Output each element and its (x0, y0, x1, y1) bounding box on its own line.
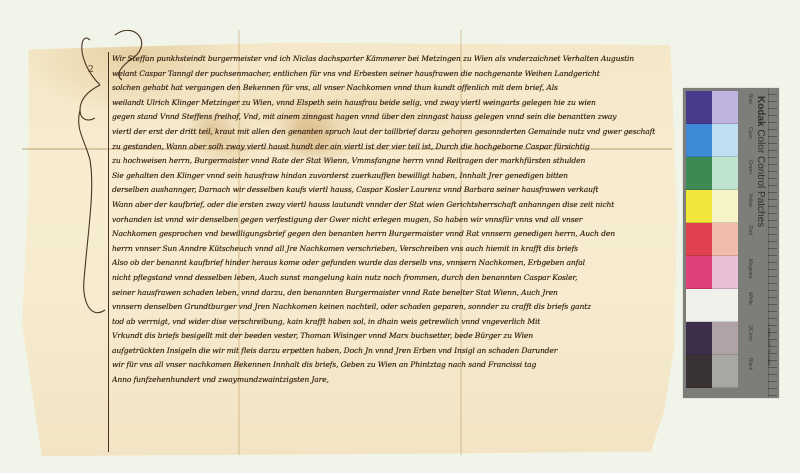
ruler-scale (768, 88, 777, 398)
patch-label: Yellow (743, 193, 753, 207)
text-line: solchen gehabt hat vergangen den Bekenne… (112, 81, 672, 96)
patch-row-green (686, 157, 738, 190)
patch-label: Green (743, 160, 753, 174)
patch-label: Red (743, 226, 753, 235)
text-line: tod ab verrnigt, vnd wider dise verschre… (112, 315, 672, 330)
patch-light (712, 190, 738, 223)
patch-row-red (686, 223, 738, 256)
text-line: viertl der erst der dritt teil, kraut mi… (112, 125, 672, 140)
patch-light (712, 355, 738, 388)
patch-row-magenta (686, 256, 738, 289)
patch-label: 3/Color (743, 325, 753, 341)
margin-mark: 2 (88, 65, 94, 75)
kodak-brand: Kodak (755, 96, 766, 127)
patch-light (712, 124, 738, 157)
text-line: herrn vnnser Sun Anndre Kütscheuch vnnd … (112, 242, 672, 257)
patch-row-yellow (686, 190, 738, 223)
kodak-title: Kodak Color Control Patches (755, 96, 766, 227)
patch-dark (686, 157, 712, 190)
patch-row-black (686, 355, 738, 388)
patch-label: Cyan (743, 127, 753, 139)
text-line: Wir Steffan punkhsteindt burgermeister v… (112, 52, 672, 67)
text-line: wir für vns all vnser nachkomen Bekennen… (112, 358, 672, 373)
text-line: Sie gehalten den Klinger vnnd sein hausf… (112, 169, 672, 184)
kodak-title-rest: Color Control Patches (755, 129, 766, 227)
text-line: vnnsern denselben Grundtburger vnd Jren … (112, 300, 672, 315)
patch-light (712, 157, 738, 190)
text-line: welant Caspar Tanngl der puchsenmacher, … (112, 67, 672, 82)
patch-row-3color (686, 322, 738, 355)
text-line: aufgetrückten Insigeln die wir mit fleis… (112, 344, 672, 359)
text-line: derselben aushannger, Darnach wir dessel… (112, 183, 672, 198)
patch-light (712, 223, 738, 256)
color-patches (686, 91, 738, 388)
patch-label: Magenta (743, 259, 753, 278)
patch-row-white (686, 289, 738, 322)
text-line: Anno funfzehenhundert vnd zwaymundzwaint… (112, 373, 672, 388)
patch-light (712, 91, 738, 124)
text-line: Wann aber der kaufbrief, oder die ersten… (112, 198, 672, 213)
patch-white (686, 289, 738, 322)
text-line: zu gestanden, Wann aber solh zway viertl… (112, 140, 672, 155)
patch-light (712, 322, 738, 355)
text-line: nicht pflegstand vnnd desselben leben, A… (112, 271, 672, 286)
patch-dark (686, 190, 712, 223)
text-line: seiner hausfrawen schaden leben, vnnd da… (112, 286, 672, 301)
text-line: Also ob der benannt kaufbrief hinder her… (112, 256, 672, 271)
text-line: vorhanden ist vnnd wir denselben gegen v… (112, 213, 672, 228)
patch-label: Black (743, 358, 753, 370)
kodak-color-target: Kodak Color Control Patches BlueCyanGree… (683, 88, 779, 398)
patch-dark (686, 355, 712, 388)
text-line: Nachkomen gesprochen vnd bewilligungsbri… (112, 227, 672, 242)
manuscript-text: Wir Steffan punkhsteindt burgermeister v… (112, 52, 672, 388)
patch-dark (686, 91, 712, 124)
patch-light (712, 256, 738, 289)
patch-dark (686, 223, 712, 256)
patch-dark (686, 256, 712, 289)
patch-dark (686, 322, 712, 355)
patch-label: White (743, 292, 753, 305)
patch-label: Blue (743, 94, 753, 104)
text-line: Vrkundt dis briefs besigellt mit der bee… (112, 329, 672, 344)
text-line: weilandt Ulrich Klinger Metzinger zu Wie… (112, 96, 672, 111)
text-line: zu hochweisen herrn, Burgermaister vnnd … (112, 154, 672, 169)
text-left-rule (108, 52, 109, 452)
patch-dark (686, 124, 712, 157)
patch-row-cyan (686, 124, 738, 157)
patch-row-blue (686, 91, 738, 124)
text-line: gegen stand Vnnd Steffens freihof, Vnd, … (112, 110, 672, 125)
